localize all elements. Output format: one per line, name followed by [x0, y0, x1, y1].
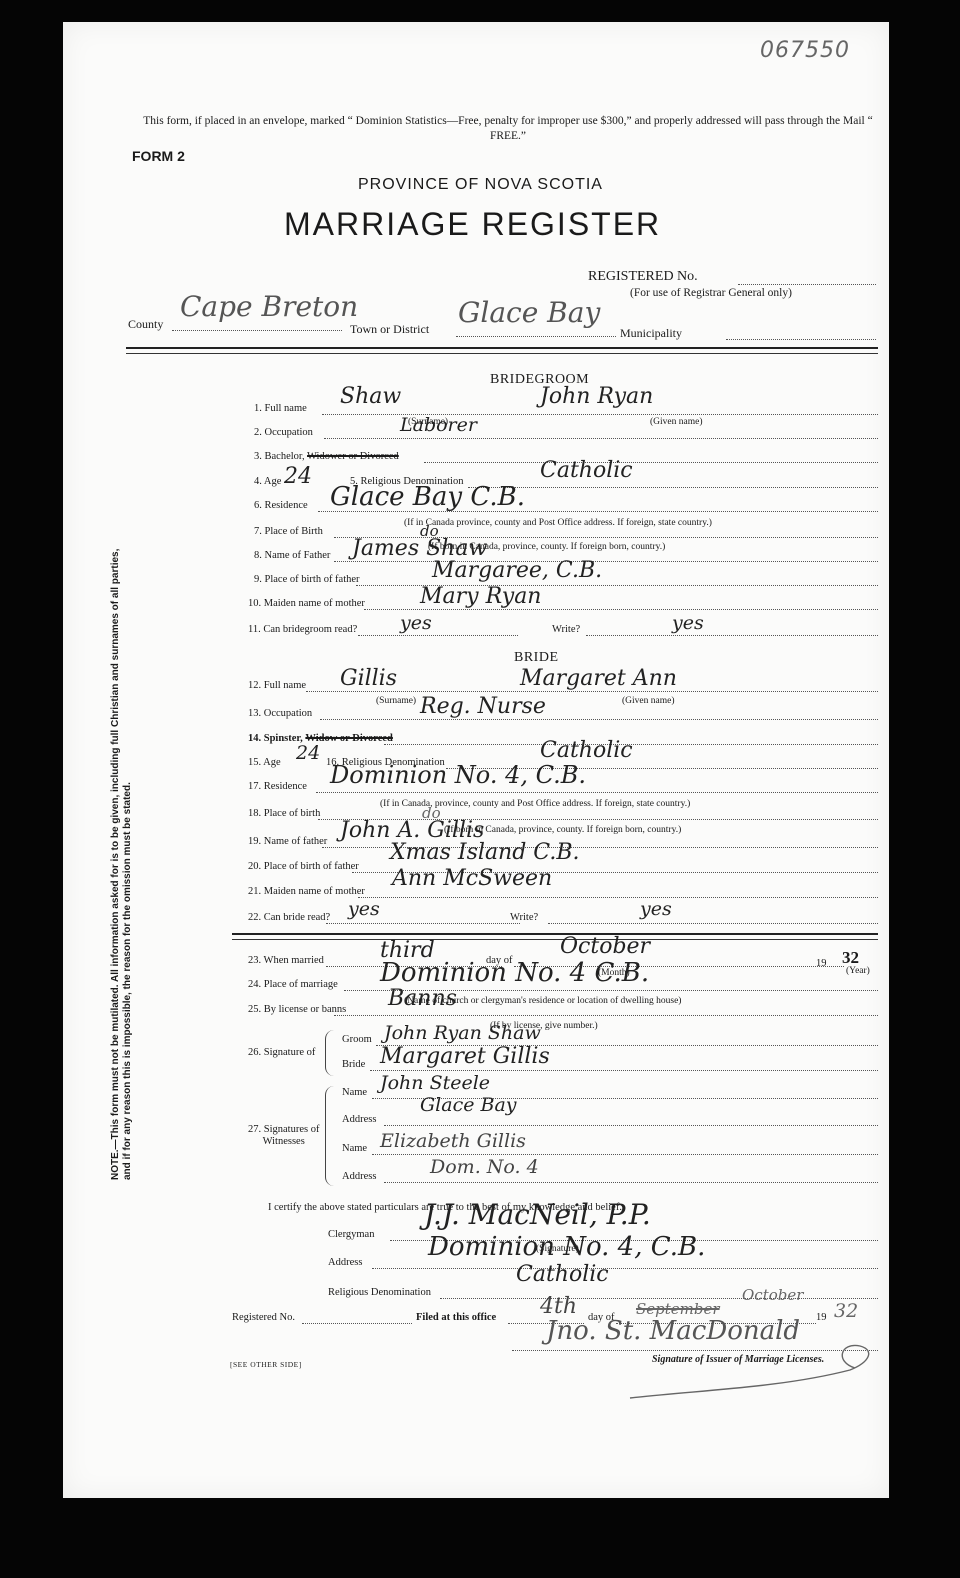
filed-day[interactable]: 4th [540, 1296, 577, 1318]
bride-status-label: 14. Spinster, Widow or Divorced [248, 733, 393, 744]
w2-address-label: Address [342, 1171, 376, 1182]
bride-write-label: Write? [510, 912, 538, 923]
groom-father-birth[interactable]: Margaree, C.B. [432, 560, 602, 582]
line [384, 1182, 878, 1183]
clergy-address[interactable]: Dominion No. 4, C.B. [428, 1236, 705, 1258]
line [440, 1298, 878, 1299]
bride-surname[interactable]: Gillis [340, 668, 397, 690]
bride-occupation[interactable]: Reg. Nurse [420, 696, 546, 718]
line [320, 719, 878, 720]
groom-age[interactable]: 24 [284, 466, 312, 488]
bride-read-label: 22. Can bride read? [248, 912, 330, 923]
line [468, 487, 878, 488]
brace [325, 1030, 334, 1076]
line [316, 792, 878, 793]
issuer-signature[interactable]: Jno. St. MacDonald [546, 1320, 800, 1342]
form-page [63, 22, 889, 1498]
groom-signature[interactable]: John Ryan Shaw [384, 1024, 541, 1043]
groom-full-name-label: 1. Full name [254, 403, 307, 414]
line [372, 1154, 878, 1155]
municipality-field[interactable] [726, 339, 876, 340]
groom-birthplace-label: 7. Place of Birth [254, 526, 323, 537]
bride-signature[interactable]: Margaret Gillis [380, 1046, 550, 1068]
groom-sig-label: Groom [342, 1034, 372, 1045]
bride-father[interactable]: John A. Gillis [340, 820, 484, 842]
bride-full-name-label: 12. Full name [248, 680, 306, 691]
witnesses-label: 27. Signatures ofWitnesses [248, 1124, 319, 1148]
divider [232, 939, 878, 940]
line [334, 561, 878, 562]
archive-number: 067550 [760, 38, 850, 63]
bride-heading: BRIDE [514, 650, 559, 666]
groom-read[interactable]: yes [400, 614, 432, 633]
w2-name-label: Name [342, 1143, 367, 1154]
filed-label: Filed at this office [416, 1312, 496, 1323]
bride-write[interactable]: yes [640, 900, 672, 919]
county-label: County [128, 317, 163, 332]
license-value[interactable]: Banns [388, 988, 457, 1010]
line [358, 635, 518, 636]
bride-read[interactable]: yes [348, 900, 380, 919]
municipality-label: Municipality [620, 326, 682, 341]
filed-year[interactable]: 32 [834, 1302, 858, 1321]
year-hint: (Year) [846, 966, 870, 976]
line [548, 923, 878, 924]
clergy-religion-label: Religious Denomination [328, 1287, 431, 1298]
line [384, 1125, 878, 1126]
filing-registered-no-label: Registered No. [232, 1312, 295, 1323]
when-married-label: 23. When married [248, 955, 324, 966]
line [424, 462, 878, 463]
bride-residence[interactable]: Dominion No. 4, C.B. [330, 764, 586, 786]
groom-father-label: 8. Name of Father [254, 550, 330, 561]
bride-mother-label: 21. Maiden name of mother [248, 886, 365, 897]
witness2-address[interactable]: Dom. No. 4 [430, 1158, 539, 1177]
surname-hint: (Surname) [376, 696, 416, 706]
license-label: 25. By license or banns [248, 1004, 346, 1015]
clergyman-label: Clergyman [328, 1229, 374, 1240]
clergy-religion[interactable]: Catholic [516, 1264, 609, 1286]
bride-age[interactable]: 24 [296, 744, 320, 763]
filed-month-struck: September [636, 1302, 720, 1317]
line [586, 635, 878, 636]
groom-age-label: 4. Age [254, 476, 281, 487]
side-note: NOTE.—This form must not be mutilated. A… [110, 540, 134, 1180]
line [324, 438, 878, 439]
page-title: MARRIAGE REGISTER [284, 206, 661, 243]
groom-read-label: 11. Can bridegroom read? [248, 624, 357, 635]
registered-no-hint: (For use of Registrar General only) [630, 287, 792, 299]
registered-no-field[interactable] [738, 284, 876, 285]
witness1-name[interactable]: John Steele [380, 1074, 490, 1093]
town-value[interactable]: Glace Bay [458, 302, 600, 324]
marriage-year[interactable]: 32 [842, 948, 859, 968]
bride-mother[interactable]: Ann McSween [392, 868, 552, 890]
groom-father-birth-label: 9. Place of birth of father [254, 574, 360, 585]
postal-notice: This form, if placed in an envelope, mar… [128, 114, 888, 144]
line [372, 1268, 878, 1269]
marriage-month[interactable]: October [560, 936, 650, 958]
bride-religion[interactable]: Catholic [540, 740, 633, 762]
signature-flourish-icon [620, 1340, 880, 1410]
bride-father-birth-label: 20. Place of birth of father [248, 861, 359, 872]
town-line [456, 336, 616, 337]
groom-write-label: Write? [552, 624, 580, 635]
bride-given-name[interactable]: Margaret Ann [520, 668, 677, 690]
line [370, 1070, 878, 1071]
county-value[interactable]: Cape Breton [180, 296, 358, 318]
line [334, 1015, 878, 1016]
groom-occupation[interactable]: Laborer [400, 416, 477, 435]
clergy-address-label: Address [328, 1257, 362, 1268]
bride-father-label: 19. Name of father [248, 836, 327, 847]
bride-age-label: 15. Age [248, 757, 281, 768]
bride-birthplace-label: 18. Place of birth [248, 808, 320, 819]
filing-registered-no-field[interactable] [302, 1323, 412, 1324]
residence-hint: (If in Canada province, county and Post … [404, 518, 712, 528]
bride-father-birth[interactable]: Xmas Island C.B. [390, 842, 580, 864]
bride-sig-label: Bride [342, 1059, 365, 1070]
groom-write[interactable]: yes [672, 614, 704, 633]
groom-surname[interactable]: Shaw [340, 386, 401, 408]
province-heading: PROVINCE OF NOVA SCOTIA [358, 176, 603, 194]
given-name-hint: (Given name) [622, 696, 675, 706]
groom-mother-label: 10. Maiden name of mother [248, 598, 365, 609]
county-line [172, 330, 342, 331]
line [364, 609, 878, 610]
groom-mother[interactable]: Mary Ryan [420, 586, 541, 608]
place-of-marriage-label: 24. Place of marriage [248, 979, 338, 990]
see-other-side: [SEE OTHER SIDE] [230, 1360, 302, 1369]
w1-name-label: Name [342, 1087, 367, 1098]
clergyman-signature[interactable]: J.J. MacNeil, P.P. [424, 1204, 651, 1226]
form-label: FORM 2 [132, 148, 185, 164]
town-label: Town or District [350, 322, 429, 337]
bride-occupation-label: 13. Occupation [248, 708, 312, 719]
filed-month[interactable]: October [742, 1288, 803, 1303]
groom-given-name[interactable]: John Ryan [540, 386, 653, 408]
divider [126, 347, 878, 349]
bride-residence-label: 17. Residence [248, 781, 307, 792]
signature-of-label: 26. Signature of [248, 1047, 315, 1058]
groom-status-label: 3. Bachelor, Widower or Divorced [254, 451, 399, 462]
filed-year-prefix: 19 [816, 1312, 827, 1323]
brace [325, 1086, 334, 1186]
witness1-address[interactable]: Glace Bay [420, 1096, 517, 1115]
groom-occupation-label: 2. Occupation [254, 427, 313, 438]
line [306, 691, 878, 692]
groom-residence[interactable]: Glace Bay C.B. [330, 486, 525, 508]
given-name-hint: (Given name) [650, 417, 703, 427]
groom-religion[interactable]: Catholic [540, 460, 633, 482]
groom-residence-label: 6. Residence [254, 500, 308, 511]
divider [232, 933, 878, 935]
divider [126, 353, 878, 354]
line [358, 897, 878, 898]
witness2-name[interactable]: Elizabeth Gillis [380, 1132, 526, 1151]
groom-father[interactable]: James Shaw [352, 538, 487, 560]
registered-no-label: REGISTERED No. [588, 269, 698, 285]
year-prefix: 19 [816, 958, 827, 969]
line [326, 923, 520, 924]
w1-address-label: Address [342, 1114, 376, 1125]
marriage-place[interactable]: Dominion No. 4 C.B. [380, 962, 649, 984]
